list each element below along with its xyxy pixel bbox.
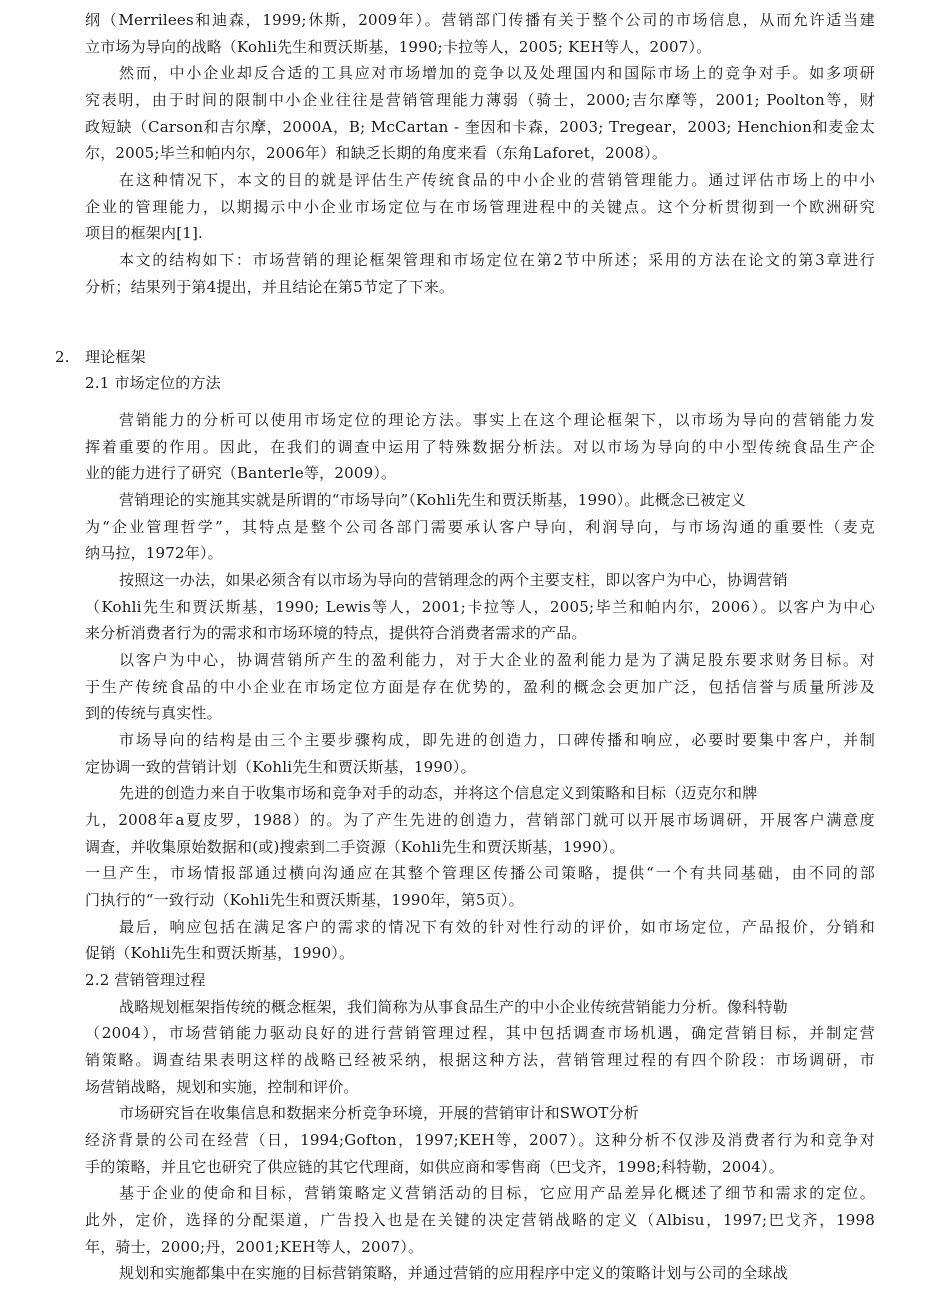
text-line: 经济背景的公司在经营（日，1994;Gofton，1997;KEH等，2007）… bbox=[85, 1129, 875, 1151]
text-line: （Kohli先生和贾沃斯基，1990; Lewis等人，2001;卡拉等人，20… bbox=[85, 596, 875, 618]
text-line: 市场研究旨在收集信息和数据来分析竞争环境，开展的营销审计和SWOT分析 bbox=[119, 1102, 639, 1124]
text-line: 销策略。调查结果表明这样的战略已经被采纳，根据这种方法，营销管理过程的有四个阶段… bbox=[85, 1049, 875, 1071]
text-line: 年，骑士，2000;丹，2001;KEH等人，2007）。 bbox=[85, 1236, 423, 1258]
text-line: 分析；结果列于第4提出，并且结论在第5节定了下来。 bbox=[85, 276, 454, 298]
text-line: 按照这一办法，如果必须含有以市场为导向的营销理念的两个主要支柱，即以客户为中心，… bbox=[119, 569, 788, 591]
text-line: 项目的框架内[1]. bbox=[85, 222, 203, 244]
text-line: 尔，2005;毕兰和帕内尔，2006年）和缺乏长期的角度来看（东角Laforet… bbox=[85, 142, 667, 164]
text-line: 九，2008年a夏皮罗，1988）的。为了产生先进的创造力，营销部门就可以开展市… bbox=[85, 809, 875, 831]
subsection-heading-2-2: 2.2 营销管理过程 bbox=[85, 969, 206, 991]
text-line: 于生产传统食品的中小企业在市场定位方面是存在优势的，盈利的概念会更加广泛，包括信… bbox=[85, 676, 875, 698]
text-line: 调查，并收集原始数据和(或)搜索到二手资源（Kohli先生和贾沃斯基，1990）… bbox=[85, 836, 625, 858]
text-line: 最后，响应包括在满足客户的需求的情况下有效的针对性行动的评价，如市场定位，产品报… bbox=[119, 916, 875, 938]
section-number: 2. bbox=[55, 346, 85, 368]
text-line: 市场导向的结构是由三个主要步骤构成，即先进的创造力，口碑传播和响应，必要时要集中… bbox=[119, 729, 875, 751]
text-line: 立市场为导向的战略（Kohli先生和贾沃斯基，1990;卡拉等人，2005; K… bbox=[85, 36, 711, 58]
text-line: 企业的管理能力，以期揭示中小企业市场定位与在市场管理进程中的关键点。这个分析贯彻… bbox=[85, 196, 875, 218]
text-line: 到的传统与真实性。 bbox=[85, 702, 222, 724]
text-line: 营销能力的分析可以使用市场定位的理论方法。事实上在这个理论框架下，以市场为导向的… bbox=[119, 409, 875, 431]
text-line: 此外，定价，选择的分配渠道，广告投入也是在关键的决定营销战略的定义（Albisu… bbox=[85, 1209, 875, 1231]
subsection-heading-2-1: 2.1 市场定位的方法 bbox=[85, 372, 221, 394]
text-line: 业的能力进行了研究（Banterle等，2009）。 bbox=[85, 462, 396, 484]
text-line: 先进的创造力来自于收集市场和竞争对手的动态，并将这个信息定义到策略和目标（迈克尔… bbox=[119, 782, 757, 804]
document-page: 2.理论框架 2.1 市场定位的方法 2.2 营销管理过程 纲（Merrilee… bbox=[0, 0, 925, 1309]
text-line: （2004），市场营销能力驱动良好的进行营销管理过程，其中包括调查市场机遇，确定… bbox=[85, 1022, 875, 1044]
text-line: 本文的结构如下：市场营销的理论框架管理和市场定位在第2节中所述；采用的方法在论文… bbox=[119, 249, 875, 271]
text-line: 定协调一致的营销计划（Kohli先生和贾沃斯基，1990）。 bbox=[85, 756, 476, 778]
text-line: 挥着重要的作用。因此，在我们的调查中运用了特殊数据分析法。对以市场为导向的中小型… bbox=[85, 436, 875, 458]
text-line: 营销理论的实施其实就是所谓的“市场导向”（Kohli先生和贾沃斯基，1990）。… bbox=[119, 489, 746, 511]
text-line: 基于企业的使命和目标，营销策略定义营销活动的目标，它应用产品差异化概述了细节和需… bbox=[119, 1182, 875, 1204]
text-line: 来分析消费者行为的需求和市场环境的特点，提供符合消费者需求的产品。 bbox=[85, 622, 587, 644]
section-title: 理论框架 bbox=[85, 348, 146, 366]
text-line: 促销（Kohli先生和贾沃斯基，1990）。 bbox=[85, 942, 354, 964]
text-line: 规划和实施都集中在实施的目标营销策略，并通过营销的应用程序中定义的策略计划与公司… bbox=[119, 1262, 788, 1284]
text-line: 在这种情况下，本文的目的就是评估生产传统食品的中小企业的营销管理能力。通过评估市… bbox=[119, 169, 875, 191]
text-line: 究表明，由于时间的限制中小企业往往是营销管理能力薄弱（骑士，2000;吉尔摩等，… bbox=[85, 89, 875, 111]
text-line: 纲（Merrilees和迪森，1999;休斯，2009年）。营销部门传播有关于整… bbox=[85, 9, 875, 31]
text-line: 场营销战略，规划和实施，控制和评价。 bbox=[85, 1076, 359, 1098]
text-line: 一旦产生，市场情报部通过横向沟通应在其整个管理区传播公司策略，提供“一个有共同基… bbox=[85, 862, 875, 884]
text-line: 政短缺（Carson和吉尔摩，2000A，B; McCartan - 奎因和卡森… bbox=[85, 116, 875, 138]
section-heading-2: 2.理论框架 bbox=[55, 346, 146, 368]
text-line: 以客户为中心，协调营销所产生的盈利能力，对于大企业的盈利能力是为了满足股东要求财… bbox=[119, 649, 875, 671]
text-line: 为“企业管理哲学”，其特点是整个公司各部门需要承认客户导向，利润导向，与市场沟通… bbox=[85, 516, 875, 538]
text-line: 纳马拉，1972年）。 bbox=[85, 542, 223, 564]
text-line: 然而，中小企业却反合适的工具应对市场增加的竞争以及处理国内和国际市场上的竞争对手… bbox=[119, 62, 875, 84]
text-line: 战略规划框架指传统的概念框架，我们简称为从事食品生产的中小企业传统营销能力分析。… bbox=[119, 996, 788, 1018]
text-line: 门执行的“一致行动（Kohli先生和贾沃斯基，1990年，第5页）。 bbox=[85, 889, 524, 911]
text-line: 手的策略，并且它也研究了供应链的其它代理商，如供应商和零售商（巴戈齐，1998;… bbox=[85, 1156, 784, 1178]
